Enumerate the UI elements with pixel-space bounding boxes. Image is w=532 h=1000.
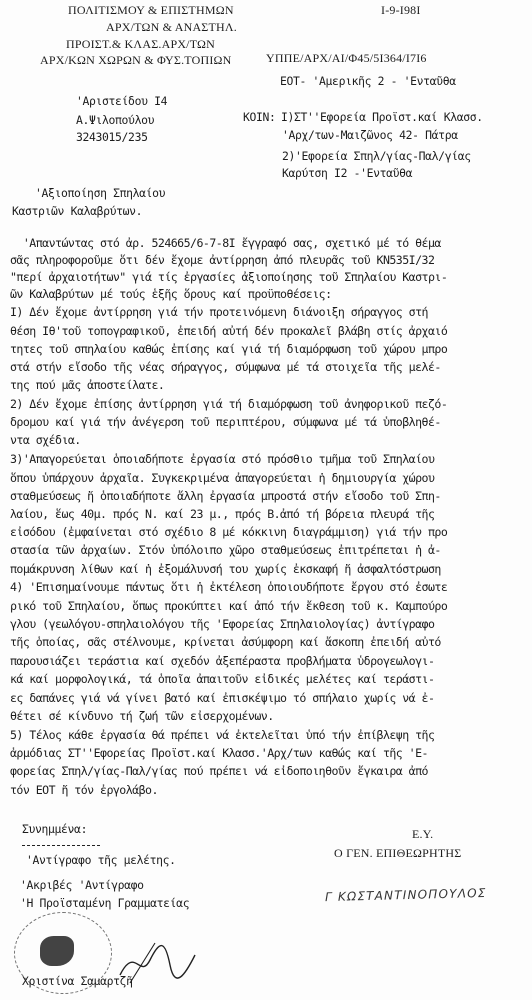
body-line: στά στήν εἴσοδο τῆς νέας σήραγγος, σύμφω… [10, 360, 441, 374]
body-line: ῶν Καλαβρύτων μέ τούς ἑξῆς ὅρους καί προ… [10, 287, 332, 301]
body-line: 'Απαντώντας στό ἀρ. 524665/6-7-8I ἔγγραφ… [10, 236, 441, 250]
body-line: ὅπου ὑπάρχουν ἀρχαῖα. Συγκεκριμένα ἀπαγο… [10, 471, 434, 485]
body-line: 3)'Απαγορεύεται ὁποιαδήποτε ἐργασία στό … [10, 452, 434, 466]
body-line: παρουσιάζει τεράστια καί σχεδόν ἀξεπέρασ… [10, 654, 434, 668]
body-line: 5) Τέλος κάθε ἐργασία θά πρέπει νά ἐκτελ… [10, 728, 434, 742]
body-line: τόν ΕΟΤ ἤ τόν ἐργολάβο. [10, 783, 158, 797]
body-line: σᾶς πληροφοροῦμε ὅτι δέν ἔχομε ἀντίρρηση… [10, 253, 434, 267]
letterhead-line-3: ΠΡΟΙΣΤ.& ΚΛΑΣ.ΑΡΧ/ΤΩΝ [66, 37, 215, 51]
body-line: 4) 'Επισημαίνουμε πάντως ὅτι ἡ ἐκτέλεση … [10, 580, 447, 594]
body-line: ἁρμόδιας ΣΤ''Εφορείας Προϊστ.καί Κλασσ.'… [10, 746, 428, 760]
signatory-handwritten-name: Γ ΚΩΣΤΑΝΤΙΝΟΠΟΥΛΟΣ [325, 886, 487, 904]
body-line: φορείας Σπηλ/γίας-Παλ/γίας πού πρέπει νά… [10, 764, 428, 778]
body-line: τῆς ὁποίας, σᾶς στέλνουμε, κρίνεται ἀσύμ… [10, 635, 441, 649]
body-line: κά καί μορφολογικά, τά ὁποῖα ἀπαιτοῦν εἰ… [10, 672, 434, 686]
attachment-item: 'Αντίγραφο τῆς μελέτης. [26, 853, 176, 867]
body-line: σταθμεύσεως ἤ ὁποιαδήποτε ἄλλη ἐργασία μ… [10, 489, 441, 503]
body-line: στασία τῶν ἀρχαίων. Στόν ὑπόλοιπο χῶρο σ… [10, 543, 441, 557]
copies-label: ΚΟΙΝ: [243, 110, 276, 124]
stamp-emblem-icon [40, 936, 74, 966]
attachments-label: Συνημμένα: [22, 822, 87, 836]
body-line: πομάκρυνση λίθων καί ἡ ἐξομάλυνσή του χω… [10, 562, 441, 576]
certification-name: Χριστίνα Σαμαρτζῆ [22, 974, 133, 988]
body-line: I) Δέν ἔχομε ἀντίρρηση γιά τήν προτεινόμ… [10, 305, 428, 319]
letter-date: I-9-I98I [381, 3, 421, 17]
certification-line-1: 'Ακριβές 'Αντίγραφο [20, 878, 144, 892]
letterhead-line-2: ΑΡΧ/ΤΩΝ & ΑΝΑΣΤΗΛ. [106, 20, 237, 34]
copies-line-1: I)ΣΤ''Εφορεία Προϊστ.καί Κλασσ. [281, 110, 483, 124]
reference-number: ΥΠΠΕ/ΑΡΧ/ΑΙ/Φ45/5I364/I7I6 [266, 51, 427, 65]
body-line: ρικό τοῦ Σπηλαίου, ὅπως προκύπτει καί ἀπ… [10, 599, 447, 613]
subject-line-2: Καστριῶν Καλαβρύτων. [12, 204, 142, 218]
copies-line-4: Καρύτση I2 -'Ενταῦθα [282, 166, 412, 180]
certification-line-2: 'Η Προϊσταμένη Γραμματείας [20, 896, 189, 910]
copies-line-2: 'Αρχ/των-Μαιζῶνος 42- Πάτρα [282, 128, 458, 142]
body-line: της πού μᾶς ἀποστείλατε. [10, 378, 164, 392]
signatory-line-1: Ε.Υ. [412, 827, 433, 841]
body-line: λαίου, ἕως 40μ. πρός Ν. καί 23 μ., πρός … [10, 507, 434, 521]
body-line: ες δαπάνες γιά νά γίνει βατό καί ἐπισκέψ… [10, 691, 434, 705]
sender-contact: Α.Ψιλοπούλου [76, 113, 154, 127]
body-line: δρομου καί γιά τήν ἀνέγερση τοῦ περιπτέρ… [10, 415, 441, 429]
recipient: ΕΟΤ- 'Αμερικῆς 2 - 'Ενταῦθα [280, 74, 456, 88]
subject-line-1: 'Αξιοποίηση Σπηλαίου [35, 186, 165, 200]
body-line: θέτει σέ κίνδυνο τή ζωή τῶν εἰσερχομένων… [10, 709, 274, 723]
body-line: γλου (γεωλόγου-σπηλαιολόγου τῆς 'Εφορεία… [10, 617, 434, 631]
body-line: εἰσόδου (ἐμφαίνεται στό σχέδιο 8 μέ κόκκ… [10, 525, 447, 539]
letter-page: ΠΟΛΙΤΙΣΜΟΥ & ΕΠΙΣΤΗΜΩΝ ΑΡΧ/ΤΩΝ & ΑΝΑΣΤΗΛ… [0, 0, 532, 1000]
copies-line-3: 2)'Εφορεία Σπηλ/γίας-Παλ/γίας [282, 149, 471, 163]
body-line: θέση Ιθ'τοῦ τοπογραφικοῦ, ἐπειδή αὐτή δέ… [10, 324, 447, 338]
body-line: ντα σχέδια. [10, 433, 81, 447]
sender-street: 'Αριστείδου I4 [76, 94, 167, 108]
signatory-title: Ο ΓΕΝ. ΕΠΙΘΕΩΡΗΤΗΣ [334, 846, 461, 860]
body-line: 2) Δέν ἔχομε ἐπίσης ἀντίρρηση γιά τή δια… [10, 397, 447, 411]
body-line: τητες τοῦ σπηλαίου καθώς ἐπίσης καί γιά … [10, 342, 447, 356]
sender-phone: 3243015/235 [76, 130, 148, 144]
attachments-underline [22, 845, 100, 846]
body-line: "περί ἀρχαιοτήτων" γιά τίς ἐργασίες ἀξιο… [10, 270, 447, 284]
letterhead-line-1: ΠΟΛΙΤΙΣΜΟΥ & ΕΠΙΣΤΗΜΩΝ [68, 3, 234, 17]
letterhead-line-4: ΑΡΧ/ΚΩΝ ΧΩΡΩΝ & ΦΥΣ.ΤΟΠΙΩΝ [40, 53, 232, 67]
